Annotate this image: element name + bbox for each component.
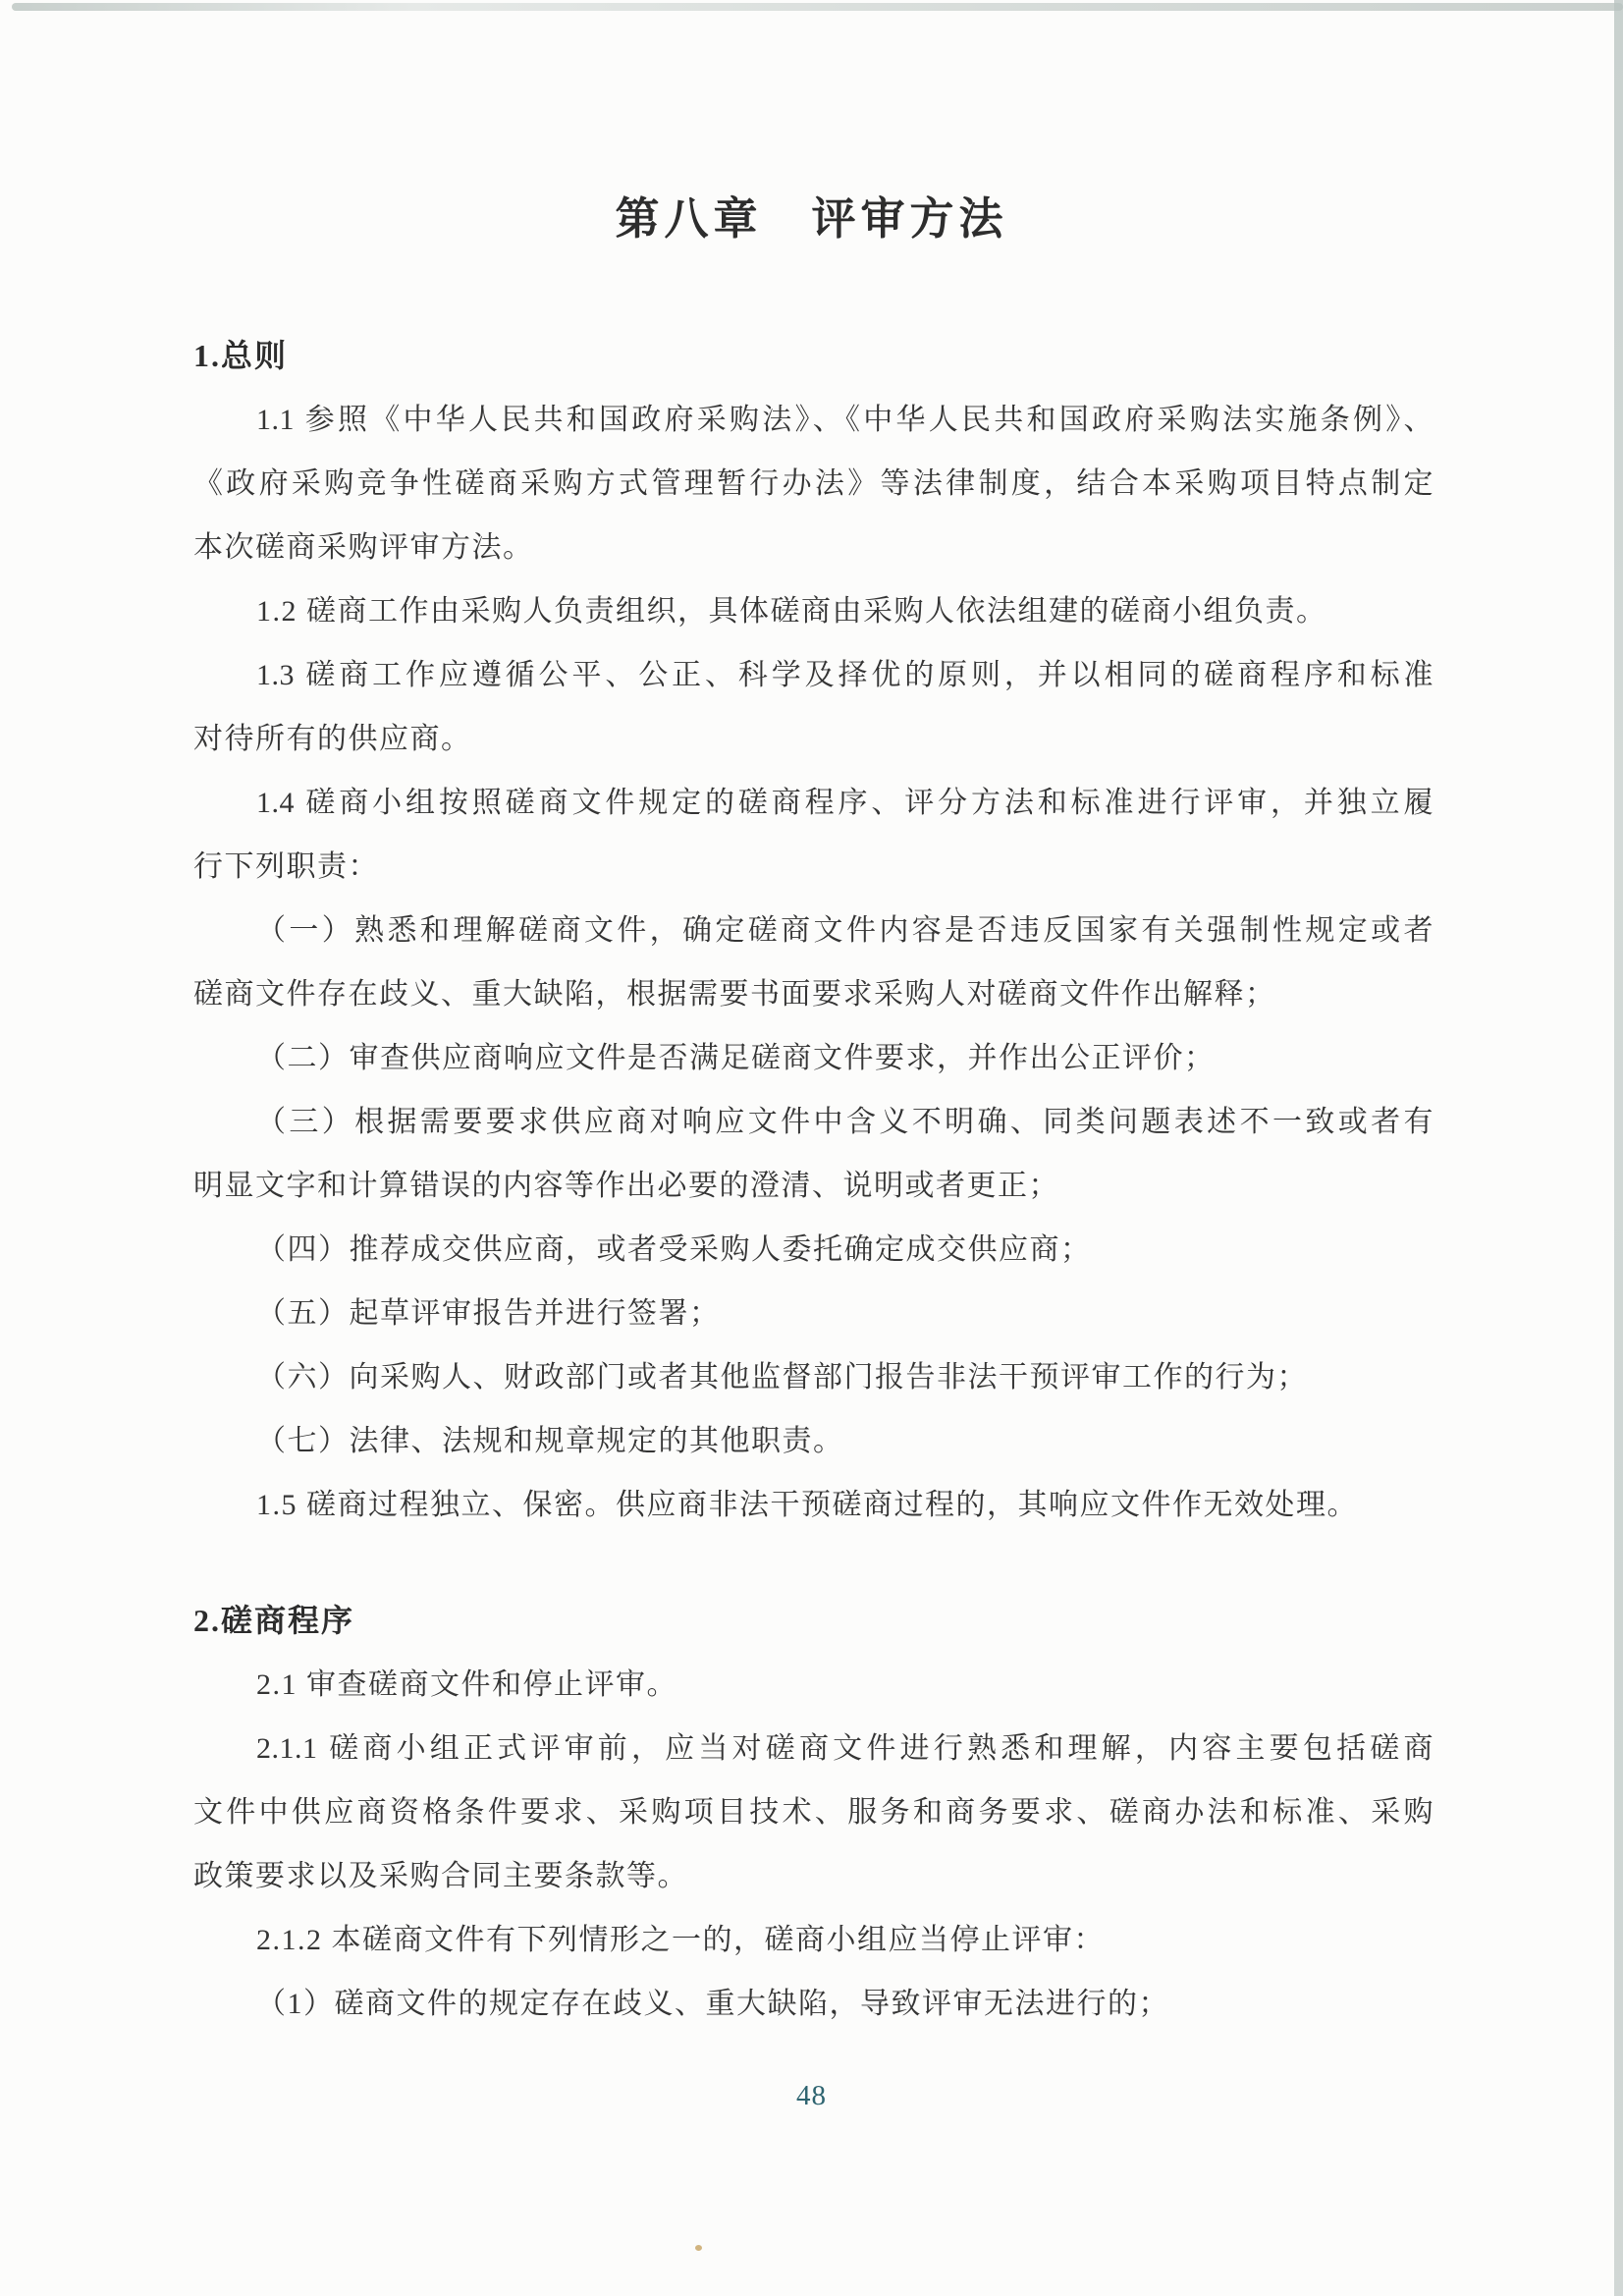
doc-line: （二）审查供应商响应文件是否满足磋商文件要求，并作出公正评价； bbox=[193, 1026, 1434, 1090]
doc-line: 政策要求以及采购合同主要条款等。 bbox=[193, 1844, 1434, 1908]
doc-line: 2.1.1 磋商小组正式评审前，应当对磋商文件进行熟悉和理解，内容主要包括磋商 bbox=[193, 1717, 1434, 1780]
doc-line: 文件中供应商资格条件要求、采购项目技术、服务和商务要求、磋商办法和标准、采购 bbox=[193, 1780, 1434, 1844]
doc-line: （三）根据需要要求供应商对响应文件中含义不明确、同类问题表述不一致或者有 bbox=[193, 1090, 1434, 1154]
chapter-title: 第八章 评审方法 bbox=[0, 183, 1623, 246]
doc-line: 1.3 磋商工作应遵循公平、公正、科学及择优的原则，并以相同的磋商程序和标准 bbox=[193, 643, 1434, 707]
scan-top-edge-artifact bbox=[12, 3, 1623, 11]
document-body: 1.总则 1.1 参照《中华人民共和国政府采购法》、《中华人民共和国政府采购法实… bbox=[193, 324, 1434, 2036]
doc-line: 1.2 磋商工作由采购人负责组织，具体磋商由采购人依法组建的磋商小组负责。 bbox=[193, 579, 1434, 643]
doc-line: 1.4 磋商小组按照磋商文件规定的磋商程序、评分方法和标准进行评审，并独立履 bbox=[193, 771, 1434, 835]
page-number: 48 bbox=[0, 2080, 1623, 2112]
scan-right-edge-artifact bbox=[1614, 0, 1623, 2296]
section-heading-procedure: 2.磋商程序 bbox=[193, 1589, 1434, 1653]
doc-line: 磋商文件存在歧义、重大缺陷，根据需要书面要求采购人对磋商文件作出解释； bbox=[193, 962, 1434, 1026]
doc-line: 对待所有的供应商。 bbox=[193, 707, 1434, 771]
doc-line: 行下列职责： bbox=[193, 835, 1434, 899]
doc-line: 本次磋商采购评审方法。 bbox=[193, 516, 1434, 579]
doc-line: 《政府采购竞争性磋商采购方式管理暂行办法》等法律制度，结合本采购项目特点制定 bbox=[193, 452, 1434, 516]
doc-line: 2.1 审查磋商文件和停止评审。 bbox=[193, 1653, 1434, 1717]
doc-line: 1.5 磋商过程独立、保密。供应商非法干预磋商过程的，其响应文件作无效处理。 bbox=[193, 1473, 1434, 1537]
doc-line: （六）向采购人、财政部门或者其他监督部门报告非法干预评审工作的行为； bbox=[193, 1345, 1434, 1409]
section-heading-general: 1.总则 bbox=[193, 324, 1434, 388]
doc-line: （五）起草评审报告并进行签署； bbox=[193, 1282, 1434, 1345]
doc-line: （1）磋商文件的规定存在歧义、重大缺陷，导致评审无法进行的； bbox=[193, 1972, 1434, 2036]
document-page: 第八章 评审方法 1.总则 1.1 参照《中华人民共和国政府采购法》、《中华人民… bbox=[0, 0, 1623, 2296]
doc-line: 明显文字和计算错误的内容等作出必要的澄清、说明或者更正； bbox=[193, 1154, 1434, 1218]
doc-line: （四）推荐成交供应商，或者受采购人委托确定成交供应商； bbox=[193, 1218, 1434, 1282]
doc-line: 1.1 参照《中华人民共和国政府采购法》、《中华人民共和国政府采购法实施条例》、 bbox=[193, 388, 1434, 452]
doc-line: （一）熟悉和理解磋商文件，确定磋商文件内容是否违反国家有关强制性规定或者 bbox=[193, 899, 1434, 962]
doc-line: （七）法律、法规和规章规定的其他职责。 bbox=[193, 1409, 1434, 1473]
scan-speck-artifact bbox=[695, 2245, 702, 2251]
doc-line: 2.1.2 本磋商文件有下列情形之一的，磋商小组应当停止评审： bbox=[193, 1908, 1434, 1972]
